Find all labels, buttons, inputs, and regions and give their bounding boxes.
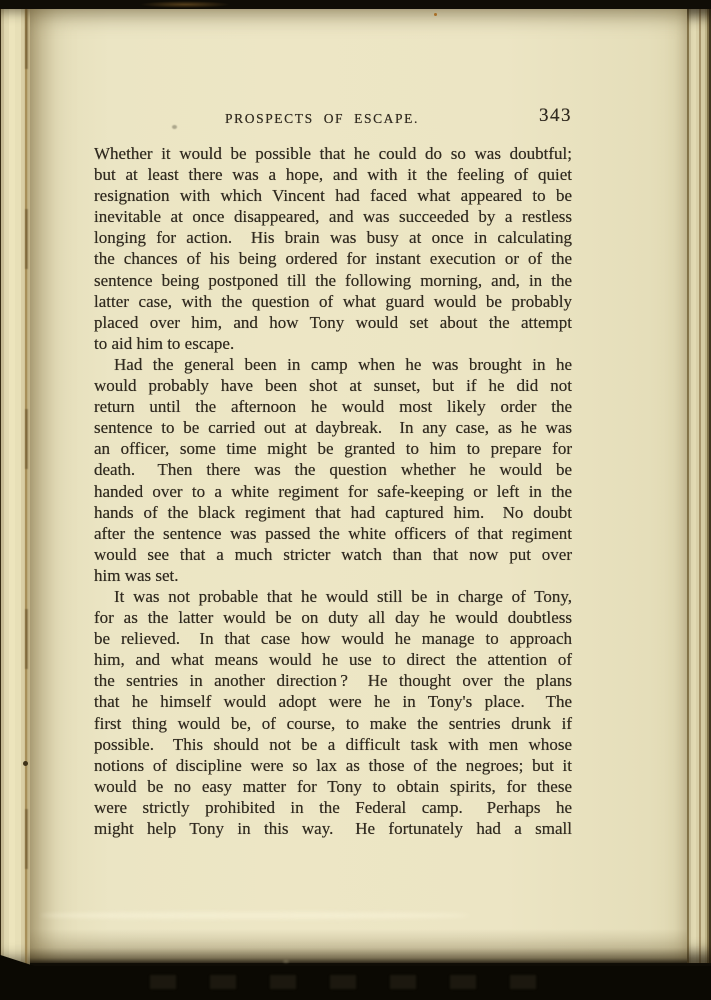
ink-speck [283,960,289,963]
text-line: to aid him to escape. [94,333,572,354]
text-line: an officer, some time might be granted t… [94,438,572,459]
ink-speck [434,13,437,16]
text-line: but at least there was a hope, and with … [94,164,572,185]
text-line: notions of discipline were so lax as tho… [94,755,572,776]
text-line: for as the latter would be on duty all d… [94,607,572,628]
text-line: longing for action. His brain was busy a… [94,227,572,248]
text-line: would see that a much stricter watch tha… [94,544,572,565]
text-line: sentence to be carried out at daybreak. … [94,417,572,438]
running-title: PROSPECTS OF ESCAPE. [225,111,419,127]
text-line: him, and what means would he use to dire… [94,649,572,670]
page-edge-right [687,9,711,963]
text-line: the chances of his being ordered for ins… [94,248,572,269]
text-line: him was set. [94,565,572,586]
ink-speck [23,761,28,766]
text-line: possible. This should not be a difficult… [94,734,572,755]
text-line: that he himself would adopt were he in T… [94,691,572,712]
text-line: Whether it would be possible that he cou… [94,143,572,164]
text-line: might help Tony in this way. He fortunat… [94,818,572,839]
text-line: would probably have been shot at sunset,… [94,375,572,396]
text-line: hands of the black regiment that had cap… [94,502,572,523]
book-page: PROSPECTS OF ESCAPE. 343 Whether it woul… [30,9,687,963]
text-line: inevitable at once disappeared, and was … [94,206,572,227]
top-band-smudge [140,1,230,8]
text-line: the sentries in another direction ? He t… [94,670,572,691]
page-stack-highlight [40,912,470,919]
text-line: It was not probable that he would still … [94,586,572,607]
gutter-crease [25,9,28,963]
text-line: handed over to a white regiment for safe… [94,481,572,502]
page-text: Whether it would be possible that he cou… [94,143,572,839]
text-line: Had the general been in camp when he was… [94,354,572,375]
text-line: death. Then there was the question wheth… [94,459,572,480]
bottom-band-page-stack [150,975,570,989]
text-line: were strictly prohibited in the Federal … [94,797,572,818]
text-line: be relieved. In that case how would he m… [94,628,572,649]
text-line: sentence being postponed till the follow… [94,270,572,291]
text-line: first thing would be, of course, to make… [94,713,572,734]
text-line: placed over him, and how Tony would set … [94,312,572,333]
text-line: resignation with which Vincent had faced… [94,185,572,206]
text-line: would be no easy matter for Tony to obta… [94,776,572,797]
text-line: return until the afternoon he would most… [94,396,572,417]
top-scan-band [0,0,711,9]
text-line: latter case, with the question of what g… [94,291,572,312]
running-header: PROSPECTS OF ESCAPE. 343 [94,107,572,133]
page-bottom-shadow [30,929,687,963]
ink-speck [172,125,177,129]
page-number: 343 [539,105,572,127]
text-line: after the sentence was passed the white … [94,523,572,544]
